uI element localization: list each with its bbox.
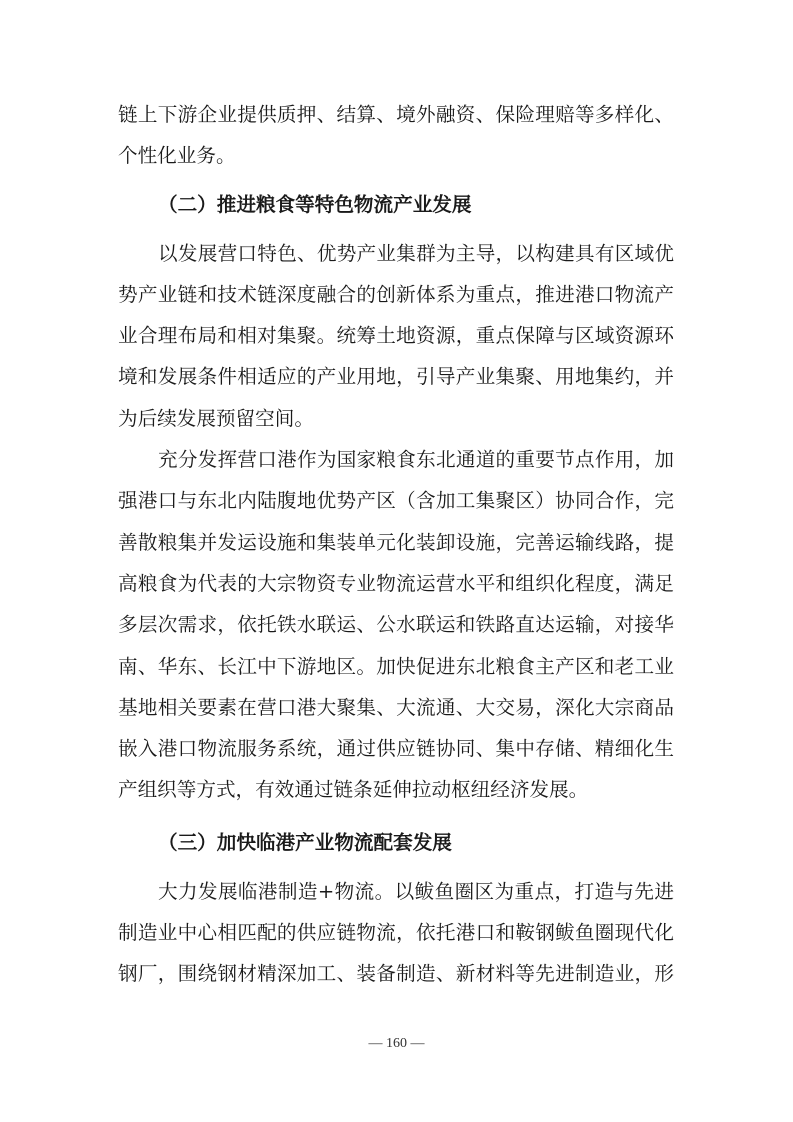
paragraph-3: 大力发展临港制造+物流。以鲅鱼圈区为重点，打造与先进 制造业中心相匹配的供应链物…: [118, 871, 674, 995]
text-line: 产组织等方式，有效通过链条延伸拉动枢纽经济发展。: [118, 769, 674, 810]
section-heading-2: （二）推进粮食等特色物流产业发展: [118, 177, 674, 233]
text-line: 钢厂，围绕钢材精深加工、装备制造、新材料等先进制造业，形: [118, 953, 674, 994]
paragraph-1: 以发展营口特色、优势产业集群为主导，以构建具有区域优 势产业链和技术链深度融合的…: [118, 233, 674, 439]
paragraph-continuation: 链上下游企业提供质押、结算、境外融资、保险理赔等多样化、 个性化业务。: [118, 94, 674, 177]
text-line: 多层次需求，依托铁水联运、公水联运和铁路直达运输，对接华: [118, 604, 674, 645]
paragraph-2: 充分发挥营口港作为国家粮食东北通道的重要节点作用，加 强港口与东北内陆腹地优势产…: [118, 439, 674, 811]
text-line: 势产业链和技术链深度融合的创新体系为重点，推进港口物流产: [118, 274, 674, 315]
text-line: 基地相关要素在营口港大聚集、大流通、大交易，深化大宗商品: [118, 687, 674, 728]
text-line: 业合理布局和相对集聚。统筹土地资源，重点保障与区域资源环: [118, 315, 674, 356]
document-page: 链上下游企业提供质押、结算、境外融资、保险理赔等多样化、 个性化业务。 （二）推…: [118, 94, 674, 995]
section-heading-3: （三）加快临港产业物流配套发展: [118, 815, 674, 871]
text-line: 大力发展临港制造+物流。以鲅鱼圈区为重点，打造与先进: [118, 871, 674, 912]
text-line: 充分发挥营口港作为国家粮食东北通道的重要节点作用，加: [118, 439, 674, 480]
text-line: 高粮食为代表的大宗物资专业物流运营水平和组织化程度，满足: [118, 563, 674, 604]
text-line: 境和发展条件相适应的产业用地，引导产业集聚、用地集约，并: [118, 356, 674, 397]
text-line: 南、华东、长江中下游地区。加快促进东北粮食主产区和老工业: [118, 646, 674, 687]
text-line: 以发展营口特色、优势产业集群为主导，以构建具有区域优: [118, 233, 674, 274]
text-line: 个性化业务。: [118, 135, 674, 176]
text-line: 制造业中心相匹配的供应链物流，依托港口和鞍钢鲅鱼圈现代化: [118, 912, 674, 953]
text-line: 为后续发展预留空间。: [118, 398, 674, 439]
text-line: 嵌入港口物流服务系统，通过供应链协同、集中存储、精细化生: [118, 728, 674, 769]
text-line: 善散粮集并发运设施和集装单元化装卸设施，完善运输线路，提: [118, 522, 674, 563]
page-number: — 160 —: [0, 1036, 793, 1052]
text-line: 强港口与东北内陆腹地优势产区（含加工集聚区）协同合作，完: [118, 480, 674, 521]
text-line: 链上下游企业提供质押、结算、境外融资、保险理赔等多样化、: [118, 94, 674, 135]
